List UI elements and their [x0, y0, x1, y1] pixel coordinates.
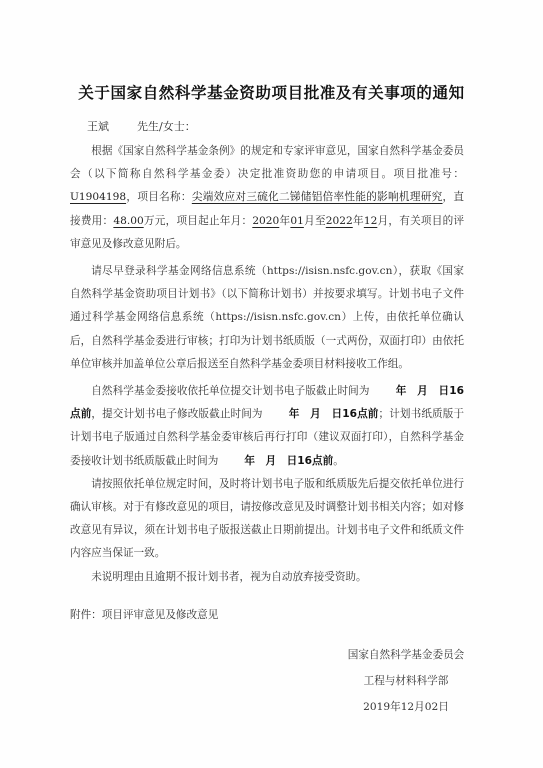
signature-date: 2019年12月02日 [331, 694, 481, 720]
document-body: 根据《国家自然科学基金条例》的规定和专家评审意见，国家自然科学基金委员会（以下简… [70, 140, 464, 589]
paragraph-text: 。 [333, 455, 344, 467]
paragraph-text: 年 [279, 215, 290, 227]
paragraph-text: 自然科学基金委接收依托单位提交计划书电子版截止时间为 [91, 385, 369, 397]
recipient-name: 王斌 [87, 120, 109, 133]
signature-block: 国家自然科学基金委员会 工程与材料科学部 2019年12月02日 [331, 642, 481, 720]
paragraph-text: 月至 [304, 215, 326, 227]
attachment-note: 附件：项目评审意见及修改意见 [70, 607, 218, 622]
paragraph-submission: 请尽早登录科学基金网络信息系统（https://isisn.nsfc.gov.c… [70, 260, 464, 376]
paragraph-text: 年 [353, 215, 364, 227]
paragraph-text: ，提交计划书电子修改版截止时间为 [91, 408, 262, 420]
end-year: 2022 [326, 215, 353, 227]
deadline-paper: 年 月 日16点前 [244, 455, 333, 467]
salutation-suffix: 先生/女士： [137, 120, 196, 133]
start-year: 2020 [252, 215, 279, 227]
paragraph-forfeit: 未说明理由且逾期不报计划书者，视为自动放弃接受资助。 [70, 566, 464, 589]
paragraph-text: ，项目名称： [126, 191, 192, 203]
direct-cost: 48.00 [113, 215, 143, 227]
paragraph-approval: 根据《国家自然科学基金条例》的规定和专家评审意见，国家自然科学基金委员会（以下简… [70, 140, 464, 256]
signature-organization: 国家自然科学基金委员会 [331, 642, 481, 668]
document-page: 关于国家自然科学基金资助项目批准及有关事项的通知 王斌先生/女士： 根据《国家自… [0, 0, 543, 768]
project-name: 尖端效应对三硫化二锑储铝倍率性能的影响机理研究 [192, 191, 443, 203]
salutation: 王斌先生/女士： [87, 118, 196, 134]
paragraph-review: 请按照依托单位规定时间，及时将计划书电子版和纸质版先后提交依托单位进行确认审核。… [70, 473, 464, 566]
document-title: 关于国家自然科学基金资助项目批准及有关事项的通知 [0, 81, 543, 103]
start-month: 01 [290, 215, 303, 227]
deadline-revision: 年 月 日16点前 [289, 408, 379, 420]
paragraph-text: 万元，项目起止年月： [144, 215, 253, 227]
paragraph-deadlines: 自然科学基金委接收依托单位提交计划书电子版截止时间为年 月 日16点前，提交计划… [70, 380, 464, 473]
end-month: 12 [364, 215, 377, 227]
approval-number: U1904198 [70, 191, 126, 203]
signature-department: 工程与材料科学部 [331, 668, 481, 694]
paragraph-text: 根据《国家自然科学基金条例》的规定和专家评审意见，国家自然科学基金委员会（以下简… [70, 145, 464, 180]
